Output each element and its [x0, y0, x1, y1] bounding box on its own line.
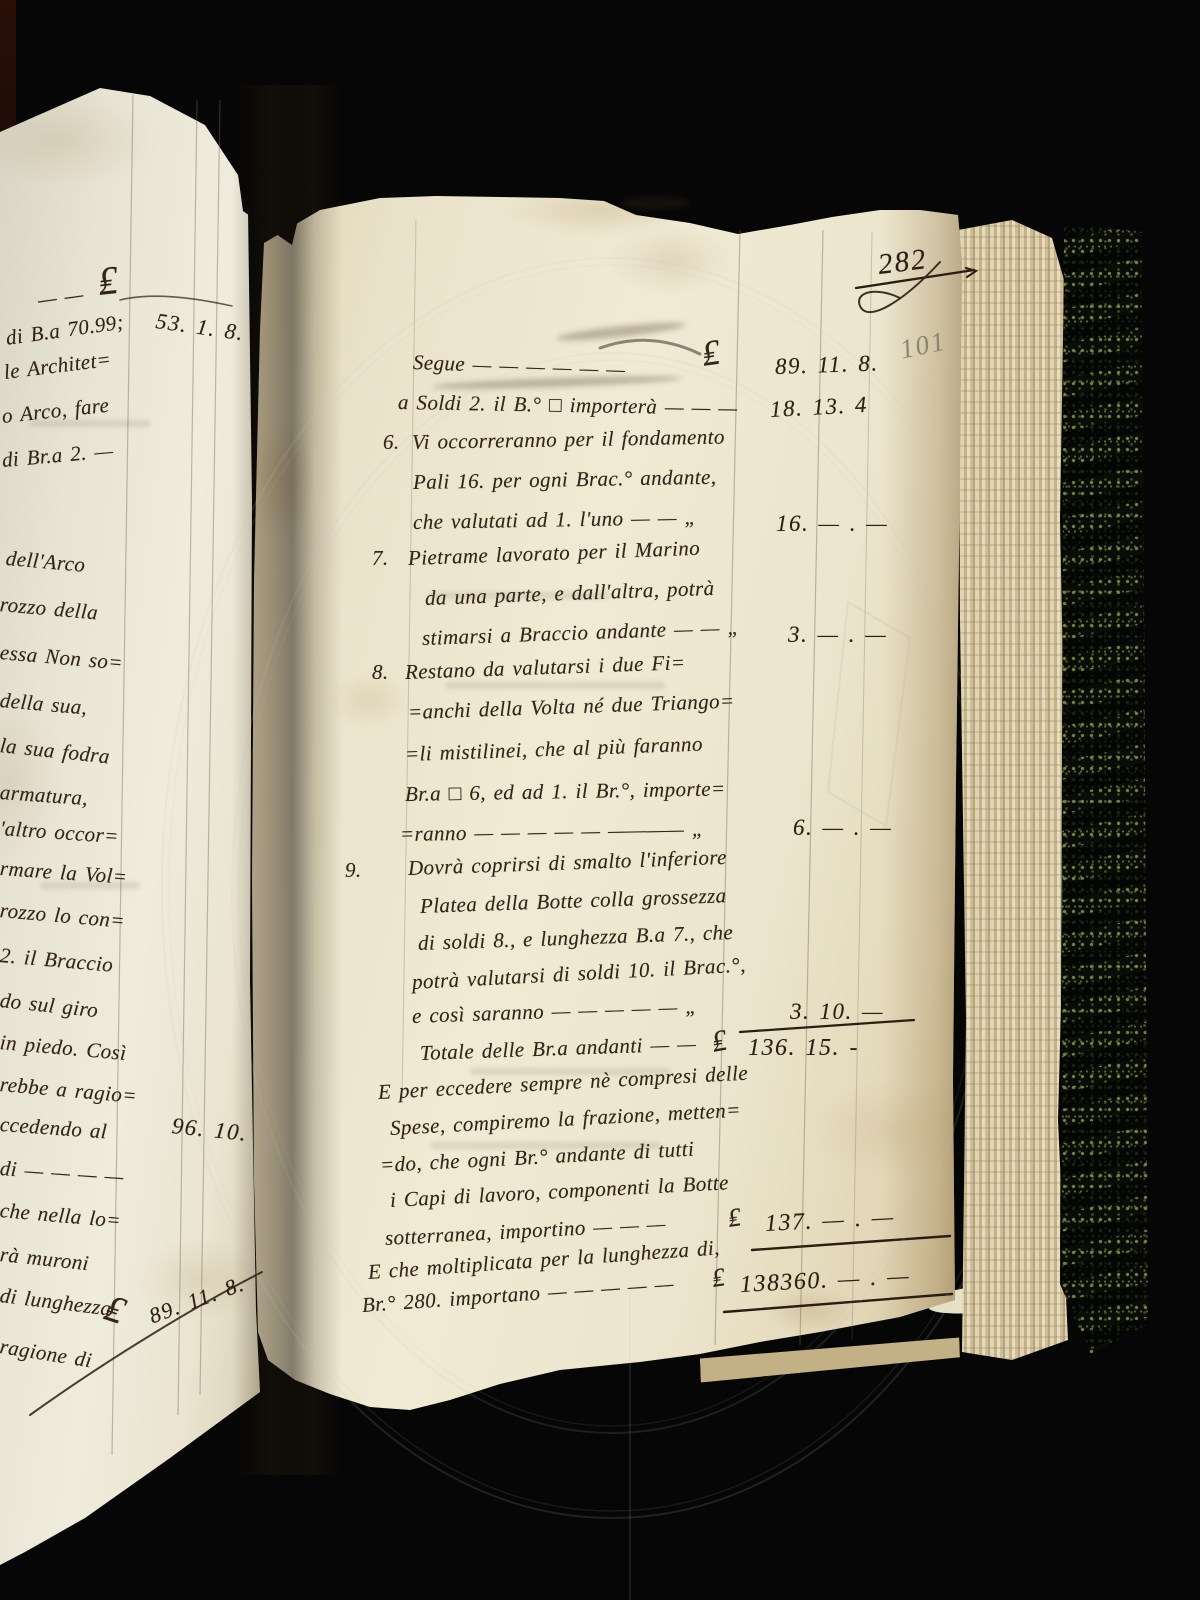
handwritten-line: =li mistilinei, che al più faranno — [405, 734, 703, 765]
handwritten-line: Platea della Botte colla grossezza — [420, 885, 727, 917]
handwritten-line: e così saranno — — — — — „ — [412, 996, 698, 1027]
handwritten-line: 8. — [372, 662, 389, 683]
handwritten-line: 3. — . — — [788, 623, 887, 646]
manuscript-photo: — —₤53. 1. 8.di B.a 70.99;le Architet=o … — [0, 0, 1200, 1600]
handwritten-line: Br.a □ 6, ed ad 1. il Br.°, importe= — [405, 778, 726, 805]
handwritten-line: 6. — . — — [793, 816, 892, 839]
crossed-out-folio-number: 282 — [876, 243, 929, 282]
handwritten-line: che valutati ad 1. l'uno — — „ — [413, 507, 697, 533]
handwritten-line: Spese, compiremo la frazione, metten= — [389, 1100, 741, 1139]
handwritten-line: ₤ — [710, 1264, 727, 1292]
handwritten-line: 16. — . — — [776, 512, 888, 535]
right-page-text: Segue — — — — — —₤89. 11. 8.a Soldi 2. i… — [0, 0, 1200, 1600]
handwritten-line: Pali 16. per ogni Brac.° andante, — [413, 467, 717, 493]
handwritten-line: i Capi di lavoro, componenti la Botte — [389, 1172, 729, 1211]
handwritten-line: di soldi 8., e lunghezza B.a 7., che — [418, 922, 734, 954]
handwritten-line: 136. 15. - — [748, 1036, 859, 1060]
handwritten-line: 7. — [372, 548, 389, 569]
handwritten-line: 9. — [345, 860, 362, 881]
handwritten-line: =anchi della Volta né due Triango= — [408, 691, 735, 723]
handwritten-line: stimarsi a Braccio andante — — „ — [422, 617, 740, 649]
handwritten-line: da una parte, e dall'altra, potrà — [425, 578, 715, 609]
handwritten-line: Totale delle Br.a andanti — — — [420, 1033, 697, 1064]
handwritten-line: E per eccedere sempre nè compresi delle — [377, 1063, 748, 1103]
handwritten-line: Restano da valutarsi i due Fi= — [405, 652, 686, 683]
handwritten-line: a Soldi 2. il B.° □ importerà — — — — [398, 392, 738, 419]
handwritten-line: potrà valutarsi di soldi 10. il Brac.°, — [411, 955, 746, 993]
handwritten-line: 18. 13. 4 — [769, 393, 868, 421]
handwritten-line: Dovrà coprirsi di smalto l'inferiore — [408, 847, 727, 879]
handwritten-line: ₤ — [726, 1204, 743, 1232]
handwritten-line: =do, che ogni Br.° andante di tutti — [379, 1139, 694, 1176]
handwritten-line: Pietrame lavorato per il Marino — [408, 538, 701, 569]
handwritten-line: 6. — [383, 432, 400, 453]
handwritten-line: 89. 11. 8. — [775, 351, 879, 378]
handwritten-line: 137. — . — — [764, 1205, 895, 1236]
handwritten-line: ₤ — [699, 334, 722, 372]
handwritten-line: =ranno — — — — — ———— „ — [400, 819, 704, 845]
handwritten-line: ₤ — [709, 1026, 729, 1058]
handwritten-line: 3. 10. — — [790, 1000, 884, 1023]
handwritten-line: Segue — — — — — — — [413, 352, 626, 380]
handwritten-line: 138360. — . — — [739, 1264, 910, 1297]
handwritten-line: Vi occorreranno per il fondamento — [412, 427, 725, 453]
